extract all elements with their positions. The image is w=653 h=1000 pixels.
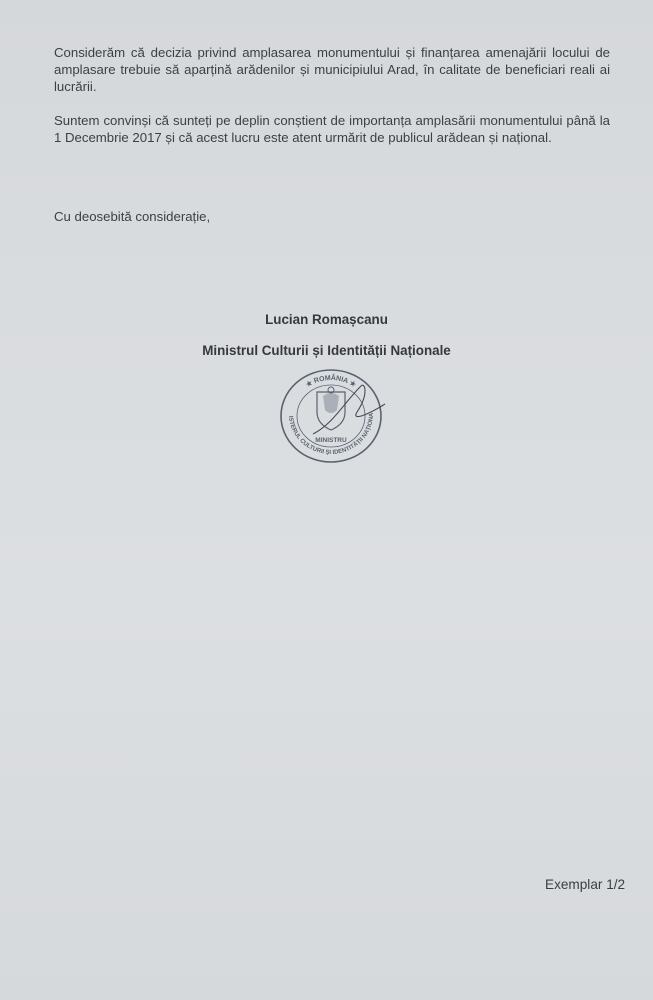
paragraph-decision: Considerăm că decizia privind amplasarea…	[54, 44, 610, 95]
stamp-center-text: MINISTRU	[315, 437, 347, 444]
signatory-name: Lucian Romașcanu	[0, 312, 653, 327]
official-stamp: ★ ROMÂNIA ★ MINISTERUL CULTURII ȘI IDENT…	[273, 364, 389, 468]
copy-number: Exemplar 1/2	[545, 877, 625, 892]
signatory-title: Ministrul Culturii și Identității Națion…	[0, 343, 653, 358]
letter-page: Considerăm că decizia privind amplasarea…	[0, 0, 653, 1000]
paragraph-importance: Suntem convinși că sunteți pe deplin con…	[54, 112, 610, 146]
closing-salutation: Cu deosebită considerație,	[54, 209, 210, 224]
